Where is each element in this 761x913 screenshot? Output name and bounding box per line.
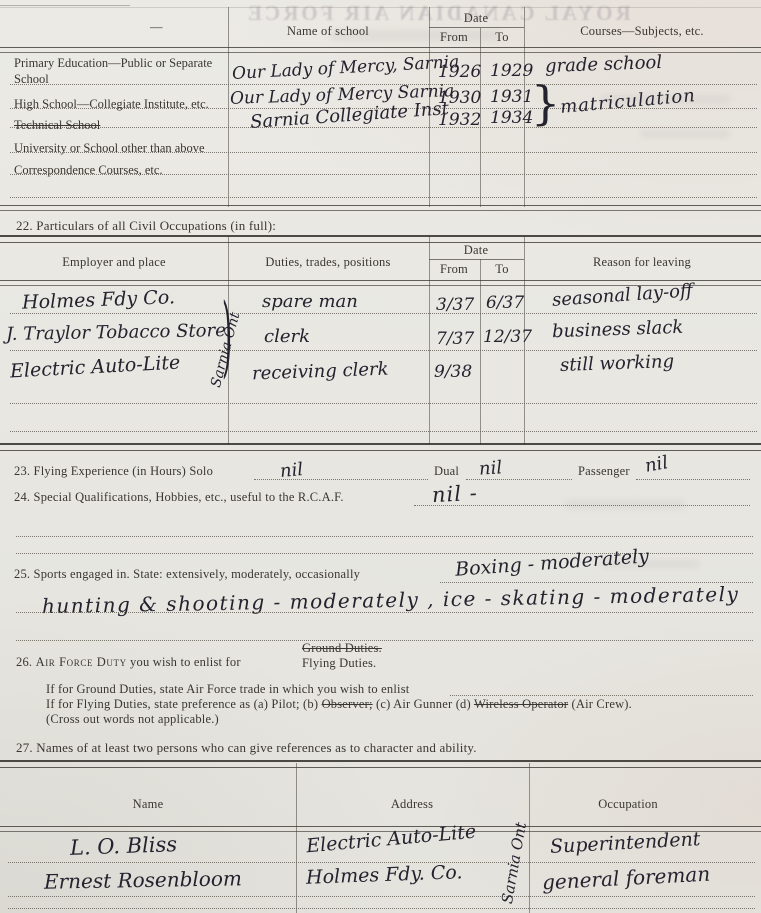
edu-col-to: To <box>495 30 508 45</box>
dotted-rule <box>10 431 757 432</box>
section-26-label-rest: you wish to enlist for <box>130 655 241 669</box>
section-26-duty-title: Air Force Duty <box>36 655 127 669</box>
dotted-rule <box>10 313 757 314</box>
edu-hw-school-1: Our Lady of Mercy, Sarnia <box>232 52 460 84</box>
occ-col-duties: Duties, trades, positions <box>265 255 390 270</box>
occ-hw-employer-2: J. Traylor Tobacco Store <box>6 320 226 345</box>
edu-hw-matriculation: matriculation <box>559 85 696 118</box>
ref-hw-occupation-1: Superintendent <box>550 828 701 858</box>
edu-hw-to-2: 1931 <box>490 87 533 107</box>
occ-hw-employer-1: Holmes Fdy Co. <box>22 286 176 313</box>
dotted-rule <box>10 197 757 198</box>
occ-hw-reason-2: business slack <box>552 317 684 343</box>
section-25-label: 25. Sports engaged in. State: extensivel… <box>14 567 360 582</box>
occ-hw-from-2: 7/37 <box>436 329 474 349</box>
edu-col-courses: Courses—Subjects, etc. <box>580 24 703 39</box>
table-rule <box>429 259 524 260</box>
hw-qualifications-nil: nil - <box>431 481 478 507</box>
table-rule <box>0 7 761 8</box>
dotted-rule <box>16 536 753 537</box>
dotted-rule <box>16 612 753 613</box>
hw-passenger-nil: nil <box>643 452 669 477</box>
section-26-ground-line: If for Ground Duties, state Air Force tr… <box>46 682 409 697</box>
edu-col-date: Date <box>464 11 488 26</box>
occ-hw-to-2: 12/37 <box>483 327 532 347</box>
occ-hw-reason-3: still working <box>560 351 675 376</box>
dotted-rule <box>10 350 757 351</box>
dotted-rule <box>8 862 755 863</box>
option-ground-duties-struck: Ground Duties. <box>302 641 382 656</box>
flying-line-text: (Air Crew). <box>568 697 632 711</box>
edu-label-technical-struck: Technical School <box>14 117 226 133</box>
occ-hw-duties-2: clerk <box>264 326 310 347</box>
ref-hw-name-2: Ernest Rosenbloom <box>44 866 242 893</box>
dotted-rule <box>16 640 753 641</box>
occ-hw-duties-1: spare man <box>262 291 358 312</box>
hw-sports-line1: Boxing - moderately <box>454 545 649 580</box>
edu-label-university: University or School other than above <box>14 140 234 156</box>
observer-struck: Observer; <box>322 697 373 711</box>
occ-col-to: To <box>495 262 508 277</box>
table-rule <box>0 235 761 243</box>
flying-line-text: If for Flying Duties, state preference a… <box>46 697 322 711</box>
occ-margin-brace: ) <box>222 288 232 390</box>
ref-hw-name-1: L. O. Bliss <box>70 832 178 860</box>
edu-col-name-of-school: Name of school <box>287 24 369 39</box>
edu-corner-dash: — <box>150 20 163 35</box>
edu-label-correspondence: Correspondence Courses, etc. <box>14 162 234 178</box>
edu-hw-to-3: 1934 <box>490 108 533 128</box>
ref-col-address: Address <box>391 797 433 812</box>
dotted-rule <box>636 479 750 480</box>
section-24-label: 24. Special Qualifications, Hobbies, etc… <box>14 490 344 505</box>
occ-col-from: From <box>440 262 468 277</box>
table-rule <box>524 7 525 207</box>
section-23-dual-label: Dual <box>434 464 459 479</box>
option-flying-duties: Flying Duties. <box>302 656 376 671</box>
table-rule <box>529 763 530 913</box>
section-26-number: 26. <box>16 655 32 669</box>
section-23-passenger-label: Passenger <box>578 464 630 479</box>
occ-col-date: Date <box>464 243 488 258</box>
occ-col-employer: Employer and place <box>62 255 166 270</box>
section-26-label: 26. Air Force Duty you wish to enlist fo… <box>16 655 241 670</box>
dotted-rule <box>8 908 755 909</box>
ref-hw-address-2: Holmes Fdy. Co. <box>306 861 463 888</box>
edu-col-from: From <box>440 30 468 45</box>
section-27-heading: 27. Names of at least two persons who ca… <box>16 740 477 756</box>
table-rule <box>429 237 430 445</box>
section-26-note: (Cross out words not applicable.) <box>46 712 219 727</box>
edu-label-primary: Primary Education—Public or Separate Sch… <box>14 55 226 88</box>
edu-brace: } <box>531 76 560 130</box>
scanned-form-page: ROYAL CANADIAN AIR FORCE — Name of schoo… <box>0 0 761 913</box>
table-rule <box>0 760 761 768</box>
table-rule <box>0 443 761 451</box>
table-rule <box>0 205 761 211</box>
ref-col-name: Name <box>133 797 164 812</box>
dotted-rule <box>8 896 755 897</box>
table-rule <box>296 763 297 913</box>
occ-col-reason: Reason for leaving <box>593 255 691 270</box>
section-23-label: 23. Flying Experience (in Hours) Solo <box>14 464 213 479</box>
occ-hw-from-3: 9/38 <box>434 362 472 382</box>
table-rule <box>429 27 524 28</box>
ref-col-occupation: Occupation <box>598 797 658 812</box>
ref-hw-occupation-2: general foreman <box>541 862 710 895</box>
flying-line-text: (c) Air Gunner (d) <box>373 697 474 711</box>
dotted-rule <box>450 695 753 696</box>
edu-hw-from-3: 1932 <box>438 110 481 130</box>
occ-hw-from-1: 3/37 <box>436 295 474 315</box>
dotted-rule <box>10 403 757 404</box>
edu-label-highschool: High School—Collegiate Institute, etc. <box>14 96 226 112</box>
table-rule <box>480 259 481 445</box>
wireless-operator-struck: Wireless Operator <box>474 697 568 711</box>
edu-hw-to-1: 1929 <box>490 61 533 81</box>
section-22-heading: 22. Particulars of all Civil Occupations… <box>16 218 276 234</box>
bleed-smudge <box>640 130 730 138</box>
edu-hw-from-1: 1926 <box>438 62 481 82</box>
occ-hw-duties-3: receiving clerk <box>252 359 389 385</box>
hw-solo-nil: nil <box>279 459 304 482</box>
page-edge-mark <box>0 5 130 6</box>
edu-hw-courses-1: grade school <box>545 52 663 77</box>
occ-hw-employer-3: Electric Auto-Lite <box>10 352 181 383</box>
hw-dual-nil: nil <box>478 457 503 480</box>
occ-hw-to-1: 6/37 <box>486 293 524 313</box>
section-26-flying-line: If for Flying Duties, state preference a… <box>46 697 632 712</box>
bleed-through-title: ROYAL CANADIAN AIR FORCE <box>245 1 631 26</box>
